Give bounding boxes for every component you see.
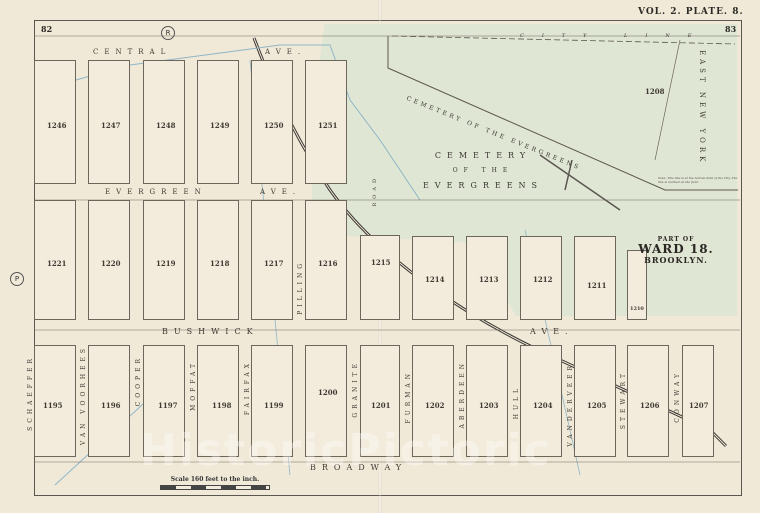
plate-title: VOL. 2. PLATE. 8.	[638, 7, 744, 17]
evergreen-ave-suffix: AVE.	[260, 188, 301, 196]
cooper-st-label: COOPER	[135, 355, 142, 406]
scale-label: Scale 160 feet to the inch.	[160, 476, 270, 483]
page-number-left: 82	[41, 24, 52, 34]
circle-marker-r: R	[161, 26, 175, 40]
block-1207: 1207	[682, 345, 714, 457]
watermark: HistoricPictoric	[140, 425, 552, 476]
scale-bar: Scale 160 feet to the inch.	[160, 476, 270, 490]
fairfax-st-label: FAIRFAX	[244, 360, 251, 415]
block-1216: 1216	[305, 200, 347, 320]
circle-marker-p: P	[10, 272, 24, 286]
block-1217: 1217	[251, 200, 293, 320]
cartouche-ward: WARD 18.	[620, 243, 732, 255]
ward-cartouche: PART OF WARD 18. BROOKLYN.	[620, 236, 732, 265]
block-1250: 1250	[251, 60, 293, 184]
block-1221: 1221	[34, 200, 76, 320]
block-1246: 1246	[34, 60, 76, 184]
block-1196: 1196	[88, 345, 130, 457]
road-label: ROAD	[372, 175, 378, 206]
city-line-note: Note: This line is at the bottom limit o…	[658, 176, 738, 184]
central-ave-suffix: AVE.	[265, 48, 306, 56]
aberdeen-st-label: ABERDEEN	[459, 360, 466, 428]
cartouche-brooklyn: BROOKLYN.	[620, 255, 732, 265]
cemetery-label-main: CEMETERY OF THE EVERGREENS	[418, 148, 548, 193]
city-line-label: CITY LINE	[520, 33, 709, 39]
block-1205: 1205	[574, 345, 616, 457]
block-1211: 1211	[574, 236, 616, 320]
block-1248: 1248	[143, 60, 185, 184]
block-1247: 1247	[88, 60, 130, 184]
granite-st-label: GRANITE	[352, 360, 359, 418]
vanderveer-st-label: VANDERVEER	[567, 362, 574, 447]
east-new-york-label: EAST NEW YORK	[698, 50, 706, 165]
hull-st-label: HULL	[513, 385, 520, 419]
block-1195: 1195	[34, 345, 76, 457]
block-1214: 1214	[412, 236, 454, 320]
bushwick-ave-suffix: AVE.	[530, 327, 574, 336]
pilling-st-label: PILLING	[297, 260, 304, 315]
furman-st-label: FURMAN	[405, 370, 412, 423]
stewart-st-label: STEWART	[620, 370, 627, 429]
central-ave-label: CENTRAL	[93, 48, 171, 56]
scale-ruler	[160, 485, 270, 490]
bushwick-ave-label: BUSHWICK	[162, 327, 259, 336]
block-1249: 1249	[197, 60, 239, 184]
block-1213: 1213	[466, 236, 508, 320]
block-1215: 1215	[360, 235, 400, 320]
map-plate: 1246 1247 1248 1249 1250 1251 1221 1220 …	[0, 0, 760, 513]
block-1206: 1206	[627, 345, 669, 457]
evergreen-ave-label: EVERGREEN	[105, 188, 207, 196]
block-1208: 1208	[645, 87, 664, 96]
page-number-right: 83	[725, 24, 736, 34]
schaeffer-st-label: SCHAEFFER	[27, 355, 34, 431]
moffat-st-label: MOFFAT	[190, 360, 197, 411]
conway-st-label: CONWAY	[674, 370, 681, 423]
block-1218: 1218	[197, 200, 239, 320]
block-1251: 1251	[305, 60, 347, 184]
block-1219: 1219	[143, 200, 185, 320]
van-voorhees-st-label: VAN VOORHEES	[80, 345, 87, 445]
block-1220: 1220	[88, 200, 130, 320]
block-1212: 1212	[520, 236, 562, 320]
